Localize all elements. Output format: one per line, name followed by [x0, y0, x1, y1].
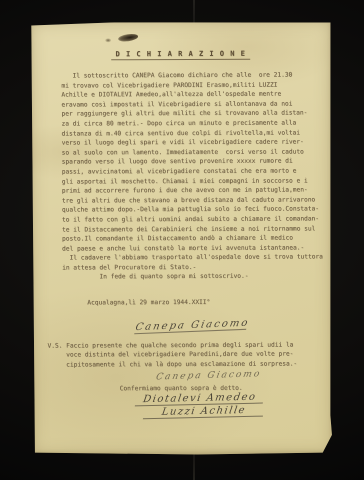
signature-declarant: Canepa Giacomo: [134, 318, 248, 335]
signature-witness-2: Luzzi Achille: [143, 405, 265, 420]
document-title-text: D I C H I A R A Z I O N E: [111, 50, 249, 61]
document-paper: D I C H I A R A Z I O N E Il sottoscritt…: [30, 20, 333, 455]
signature-overlapping: Canepa Giacomo: [149, 369, 269, 383]
photo-background: D I C H I A R A Z I O N E Il sottoscritt…: [0, 0, 364, 480]
ink-smudge-small: [105, 38, 111, 42]
ink-smudge: [118, 33, 139, 43]
date-line: Acqualagna,lì 29 marzo 1944.XXII°: [87, 298, 210, 308]
document-title: D I C H I A R A Z I O N E: [30, 49, 331, 60]
postscript-note: V.S. Faccio presente che qualche secondo…: [47, 340, 297, 369]
declaration-body: Il sottoscritto CANEPA Giacomo dichiaro …: [61, 70, 323, 282]
